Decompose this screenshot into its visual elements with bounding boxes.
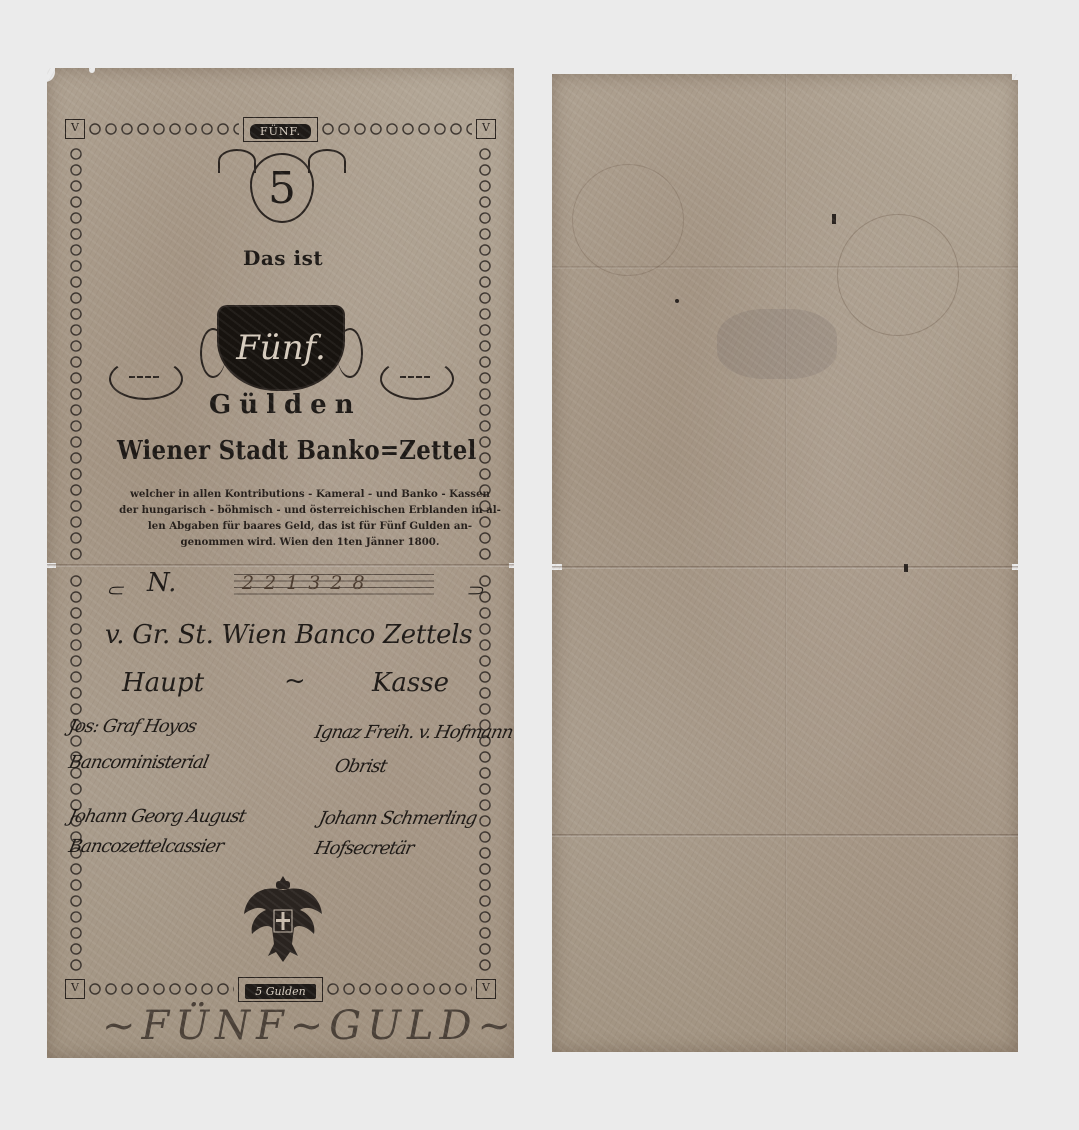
pinhole xyxy=(832,214,836,224)
bottom-label-box: 5 Gulden xyxy=(238,977,323,1002)
value-medallion: 5 xyxy=(250,153,314,223)
pinhole xyxy=(675,299,679,303)
double-headed-eagle-icon xyxy=(242,874,324,964)
signature-1-title: Bancoministerial xyxy=(67,752,210,773)
banknote-back xyxy=(552,74,1018,1052)
show-through-shield xyxy=(717,309,837,379)
bottom-value-label: 5 Gulden xyxy=(245,984,316,999)
bottom-border-ornament: V 5 Gulden V xyxy=(65,978,496,1000)
right-border-ornament-icon xyxy=(478,573,492,973)
value-numeral: 5 xyxy=(268,163,296,214)
office-line: v. Gr. St. Wien Banco Zettels xyxy=(105,620,472,650)
flourish-left-icon xyxy=(109,358,183,400)
pinhole xyxy=(904,564,908,572)
horizontal-fold xyxy=(47,564,514,567)
value-shield: Fünf. xyxy=(217,305,345,391)
corner-mark-bottom-left: V xyxy=(65,979,85,999)
swash-right-icon: ⸧ xyxy=(462,574,486,607)
currency-name: Gülden xyxy=(209,390,362,420)
banknote-front: V FÜNF. V 5 Das ist Fünf. Gülden Wiener … xyxy=(47,68,514,1058)
top-label-box: FÜNF. xyxy=(243,117,318,142)
signature-2-title: Obrist xyxy=(333,756,389,777)
left-border-ornament-icon xyxy=(69,146,83,561)
serial-label: N. xyxy=(147,568,176,598)
office-tilde: ~ xyxy=(284,666,306,696)
das-ist-text: Das ist xyxy=(243,246,323,270)
signature-4-name: Johann Schmerling xyxy=(317,808,479,829)
corner-mark-bottom-right: V xyxy=(476,979,496,999)
ornament-strip-icon xyxy=(322,122,472,136)
issuer-name: Wiener Stadt Banko=Zettel xyxy=(117,436,477,466)
corner-mark-top-right: V xyxy=(476,119,496,139)
vertical-fold xyxy=(785,74,787,1052)
legal-text: welcher in allen Kontributions - Kameral… xyxy=(110,486,510,550)
serial-number: 221328 xyxy=(242,572,375,594)
legal-text-line: der hungarisch - böhmisch - und österrei… xyxy=(110,502,510,518)
office-left: Haupt xyxy=(122,668,204,698)
value-word: Fünf. xyxy=(236,328,326,368)
legal-text-line: genommen wird. Wien den 1ten Jänner 1800… xyxy=(110,534,510,550)
signature-4-title: Hofsecretär xyxy=(313,838,415,859)
watermark-text: ~FÜNF~GULD~ xyxy=(102,1003,517,1049)
signature-2-name: Ignaz Freih. v. Hofmann xyxy=(313,722,515,743)
swash-left-icon: ⸦ xyxy=(102,574,126,607)
show-through-circle xyxy=(572,164,684,276)
office-right: Kasse xyxy=(372,668,449,698)
top-border-ornament: V FÜNF. V xyxy=(65,118,496,140)
top-value-label: FÜNF. xyxy=(250,124,311,139)
ornament-strip-icon xyxy=(327,982,472,996)
ornament-strip-icon xyxy=(89,982,234,996)
serial-number-row: ⸦ N. 221328 ⸧ xyxy=(102,568,482,604)
ornament-strip-icon xyxy=(89,122,239,136)
left-border-ornament-icon xyxy=(69,573,83,973)
show-through-circle xyxy=(837,214,959,336)
signature-3-name: Johann Georg August xyxy=(67,806,248,827)
legal-text-line: len Abgaben für baares Geld, das ist für… xyxy=(110,518,510,534)
legal-text-line: welcher in allen Kontributions - Kameral… xyxy=(110,486,510,502)
signature-3-title: Bancozettelcassier xyxy=(67,836,225,857)
corner-mark-top-left: V xyxy=(65,119,85,139)
flourish-right-icon xyxy=(380,358,454,400)
signature-1-name: Jos: Graf Hoyos xyxy=(67,716,198,737)
